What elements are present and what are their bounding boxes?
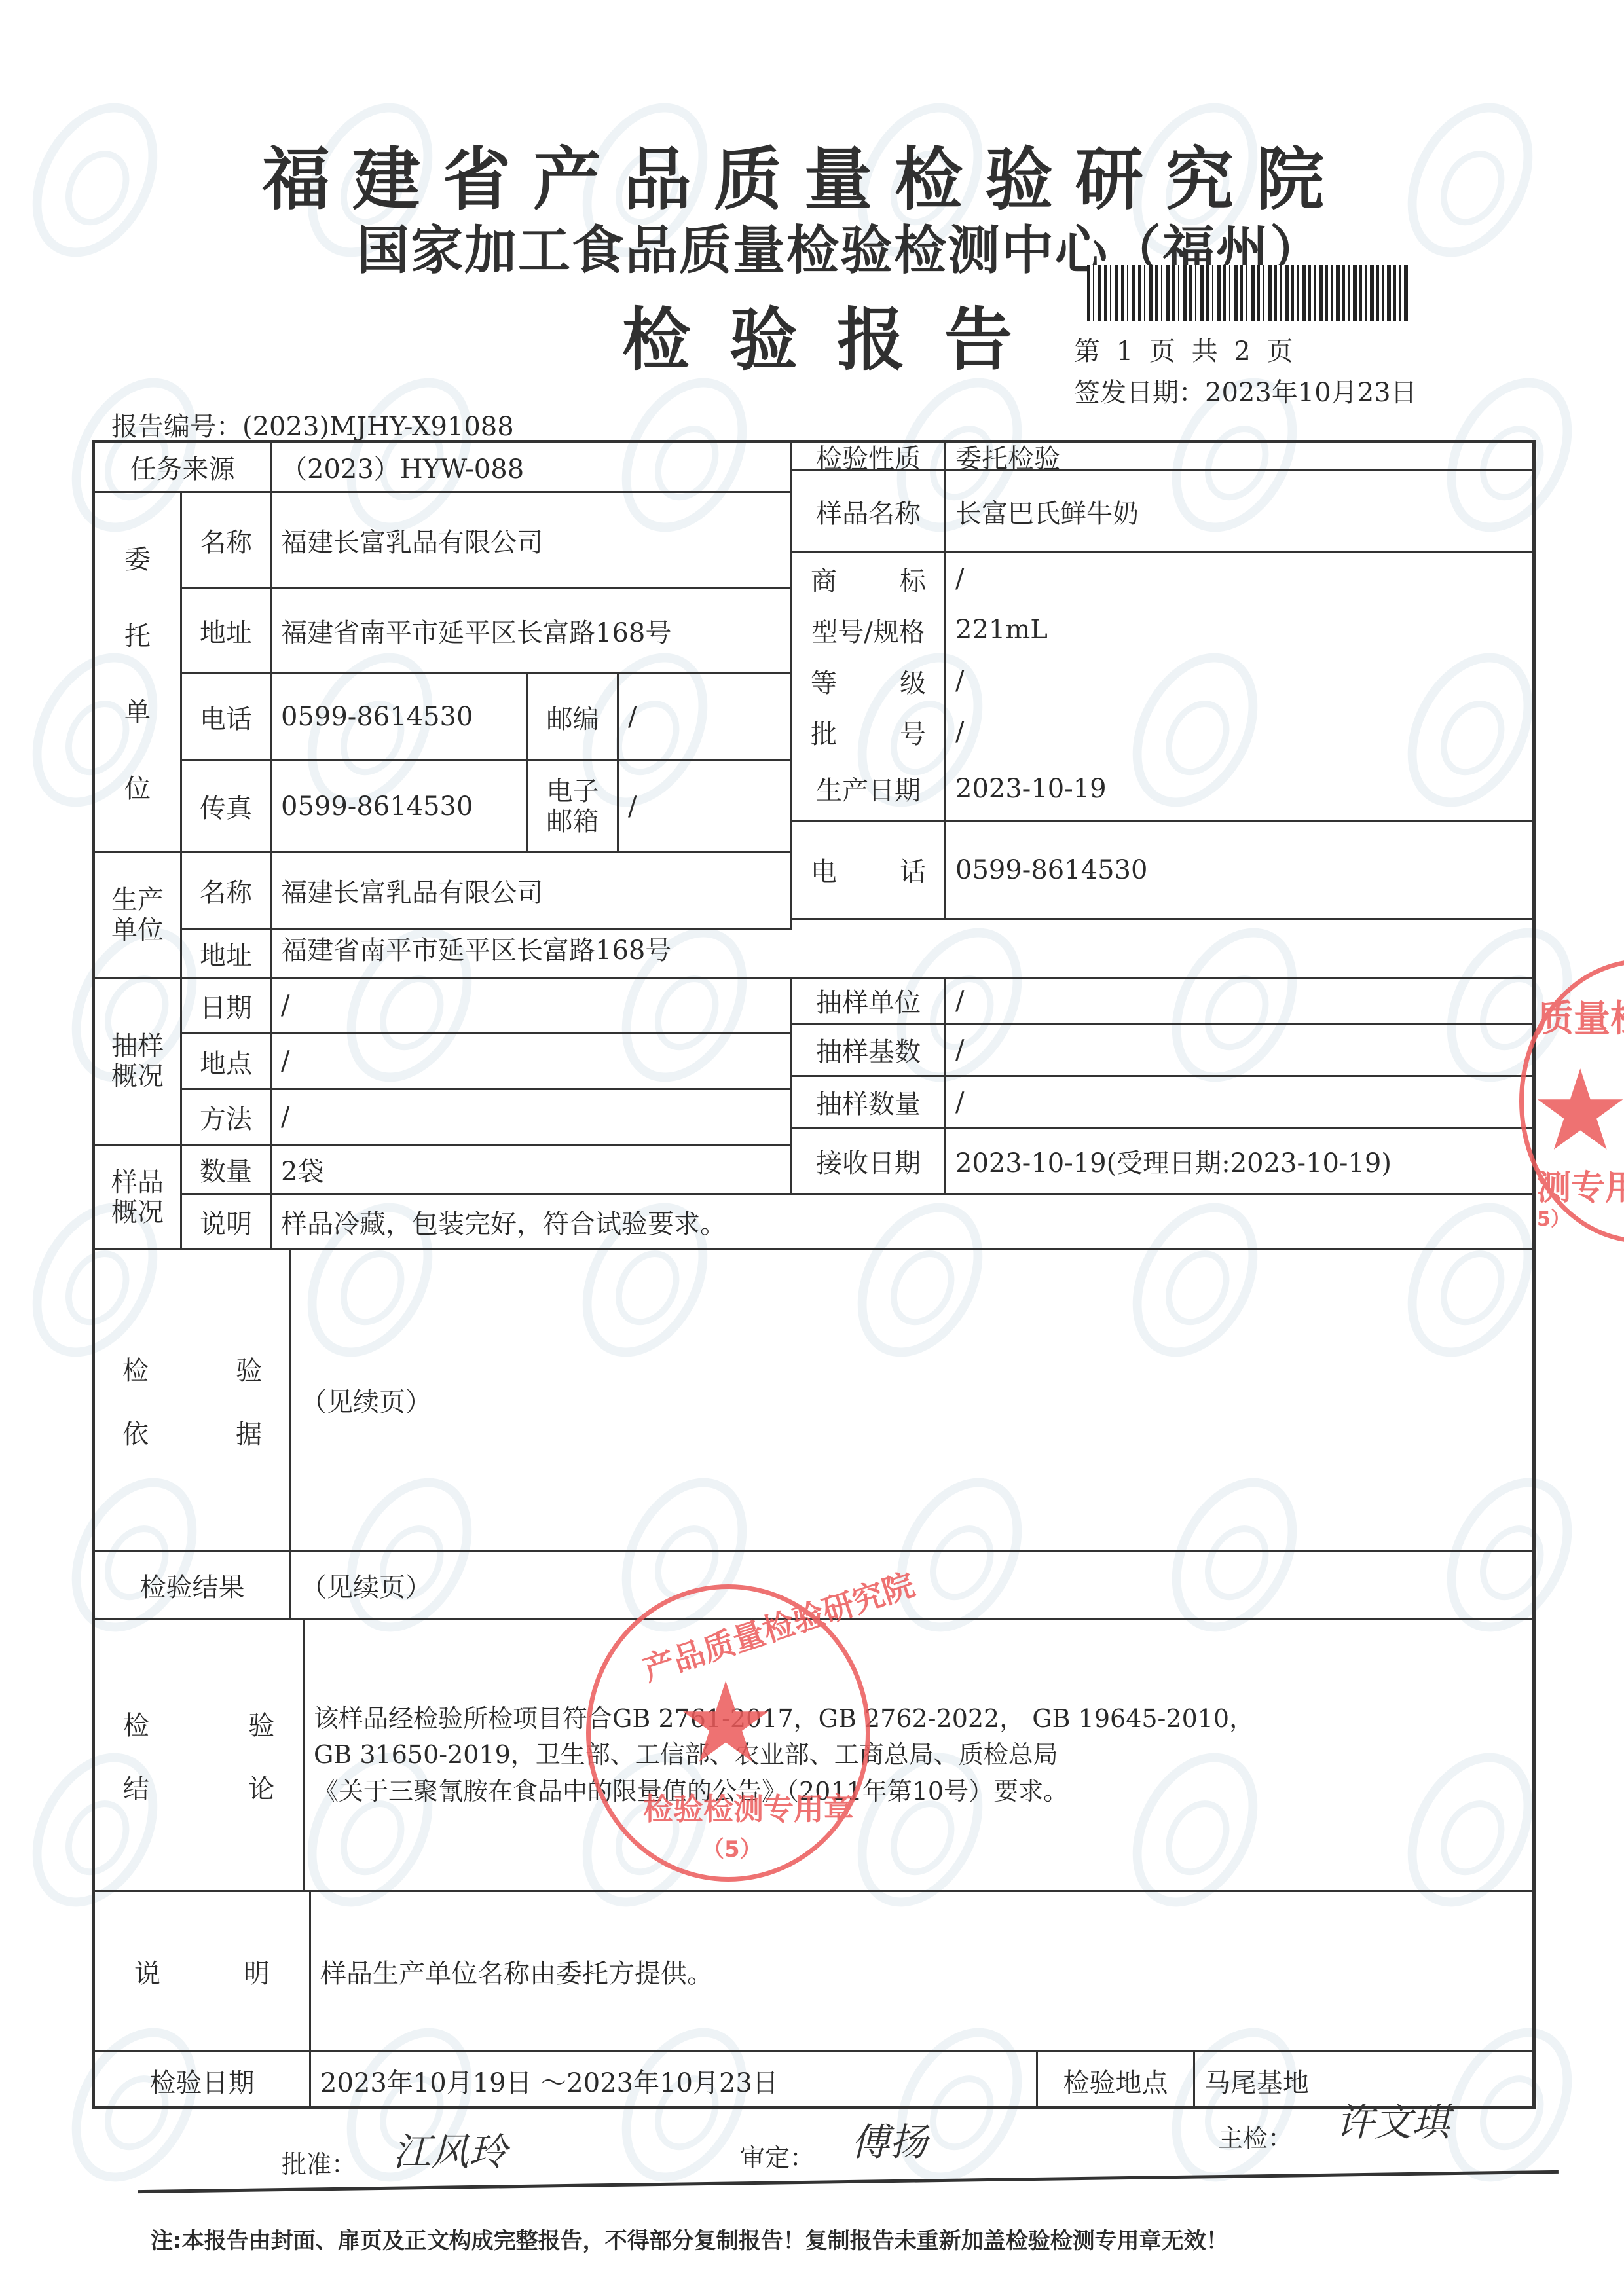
grade-label: 等级	[792, 655, 946, 706]
sample-note-value: 样品冷藏，包装完好，符合试验要求。	[272, 1195, 1536, 1250]
sampling-place-value: /	[272, 1034, 792, 1090]
sampling-date-label: 日期	[182, 979, 272, 1034]
conclusion-char: 结	[123, 1768, 191, 1806]
client-fax-value: 0599-8614530	[272, 761, 528, 853]
barcode-icon	[1087, 265, 1408, 321]
watermark-logo-icon	[1382, 82, 1557, 279]
sample-name-value: 长富巴氏鲜牛奶	[946, 471, 1536, 553]
sample-quantity-label: 数量	[182, 1146, 272, 1195]
client-group-label: 委 托 单 位	[95, 493, 182, 853]
sample-name-label: 样品名称	[792, 471, 946, 553]
sample-quantity-value: 2袋	[272, 1146, 792, 1195]
remarks-label: 说明	[95, 1892, 311, 2052]
producer-phone-label: 电话	[792, 822, 946, 920]
basis-char: 检	[122, 1350, 185, 1387]
producer-address-label: 地址	[182, 930, 272, 979]
sampling-quantity-value: /	[946, 1077, 1536, 1129]
sample-note-label: 说明	[182, 1195, 272, 1250]
basis-char: 依	[122, 1413, 185, 1451]
batch-value: /	[946, 706, 1536, 757]
sample-overview-group-label: 样品 概况	[95, 1146, 182, 1250]
remarks-value: 样品生产单位名称由委托方提供。	[311, 1892, 1536, 2052]
client-char: 位	[124, 768, 151, 805]
sampling-base-value: /	[946, 1025, 1536, 1077]
page-info: 第 1 页 共 2 页	[1074, 331, 1297, 368]
spec-value: 221mL	[946, 604, 1536, 655]
sampling-unit-value: /	[946, 979, 1536, 1025]
client-postcode-value: /	[619, 674, 792, 761]
inspection-type-value: 委托检验	[946, 443, 1536, 471]
document-title: 检验报告	[622, 285, 1052, 383]
client-char: 托	[124, 615, 151, 653]
producer-phone-value: 0599-8614530	[946, 822, 1536, 920]
inspector-label: 主检：	[1218, 2118, 1293, 2154]
basis-char: 据	[200, 1413, 262, 1451]
basis-value: （见续页）	[291, 1250, 1536, 1552]
client-phone-value: 0599-8614530	[272, 674, 528, 761]
batch-label: 批号	[792, 706, 946, 757]
edge-seal-number: 5）	[1537, 1203, 1570, 1231]
client-char: 单	[124, 691, 151, 729]
overview-label-line: 概况	[111, 1197, 164, 1228]
client-address-label: 地址	[182, 589, 272, 674]
sampling-label-line: 概况	[111, 1061, 164, 1091]
review-label: 审定：	[740, 2138, 815, 2174]
client-email-label: 电子 邮箱	[528, 761, 619, 853]
producer-label-line: 单位	[111, 915, 164, 945]
report-number-label: 报告编号：	[111, 412, 242, 442]
seal-number: （5）	[702, 1831, 762, 1863]
email-label-line: 邮箱	[547, 807, 599, 837]
client-address-value: 福建省南平市延平区长富路168号	[272, 589, 792, 674]
sampling-unit-label: 抽样单位	[792, 979, 946, 1025]
batch-char: 号	[900, 714, 926, 751]
production-date-label: 生产日期	[792, 757, 946, 822]
inspection-date-value: 2023年10月19日 ～2023年10月23日	[311, 2052, 1038, 2109]
grade-value: /	[946, 655, 1536, 706]
phone-char: 电	[811, 851, 837, 888]
sampling-place-label: 地点	[182, 1034, 272, 1090]
client-name-value: 福建长富乳品有限公司	[272, 493, 792, 589]
remarks-char: 明	[244, 1953, 270, 1990]
sampling-quantity-label: 抽样数量	[792, 1077, 946, 1129]
star-icon: ★	[676, 1667, 775, 1779]
client-email-value: /	[619, 761, 792, 853]
report-table: 任务来源 （2023）HYW-088 检验性质 委托检验 委 托 单 位 名称 …	[92, 440, 1536, 2109]
inspection-place-label: 检验地点	[1038, 2052, 1195, 2109]
result-label: 检验结果	[95, 1552, 291, 1620]
task-source-label: 任务来源	[95, 443, 272, 493]
footer-note: 注:本报告由封面、扉页及正文构成完整报告，不得部分复制报告！复制报告未重新加盖检…	[151, 2223, 1228, 2255]
basis-label: 检 验 依 据	[95, 1250, 291, 1552]
conclusion-char: 论	[207, 1768, 274, 1806]
client-char: 委	[124, 539, 151, 576]
spec-label: 型号/规格	[792, 604, 946, 655]
sampling-group-label: 抽样 概况	[95, 979, 182, 1146]
edge-seal-top-text: 质量检	[1537, 990, 1624, 1042]
issue-date-label: 签发日期：	[1074, 378, 1205, 408]
client-postcode-label: 邮编	[528, 674, 619, 761]
task-source-value: （2023）HYW-088	[272, 443, 792, 493]
receive-date-value: 2023-10-19(受理日期:2023-10-19)	[946, 1129, 1536, 1195]
issue-date: 签发日期：2023年10月23日	[1074, 372, 1417, 409]
production-date-value: 2023-10-19	[946, 757, 1536, 822]
review-signature: 傅扬	[851, 2111, 927, 2166]
overview-label-line: 样品	[111, 1167, 164, 1197]
star-icon: ★	[1530, 1055, 1624, 1167]
inspection-type-label: 检验性质	[792, 443, 946, 471]
issue-date-value: 2023年10月23日	[1205, 378, 1417, 408]
conclusion-char: 验	[207, 1705, 274, 1742]
conclusion-label: 检 验 结 论	[95, 1620, 304, 1892]
grade-char: 级	[900, 663, 926, 700]
sampling-method-label: 方法	[182, 1090, 272, 1146]
conclusion-value: 该样品经检验所检项目符合GB 2761-2017，GB 2762-2022， G…	[304, 1620, 1536, 1892]
producer-group-label: 生产 单位	[95, 853, 182, 979]
inspection-date-label: 检验日期	[95, 2052, 311, 2109]
remarks-char: 说	[134, 1953, 160, 1990]
producer-label-line: 生产	[111, 885, 164, 915]
report-number: 报告编号：(2023)MJHY-X91088	[111, 406, 514, 443]
basis-char: 验	[200, 1350, 262, 1387]
edge-seal-bottom-text: 测专用	[1537, 1160, 1624, 1209]
approve-label: 批准：	[282, 2144, 356, 2180]
client-name-label: 名称	[182, 493, 272, 589]
trademark-label: 商标	[792, 553, 946, 604]
producer-name-value: 福建长富乳品有限公司	[272, 853, 792, 930]
grade-char: 等	[811, 663, 837, 700]
client-phone-label: 电话	[182, 674, 272, 761]
phone-char: 话	[900, 851, 926, 888]
watermark-logo-icon	[7, 82, 182, 279]
receive-date-label: 接收日期	[792, 1129, 946, 1195]
sampling-method-value: /	[272, 1090, 792, 1146]
trademark-char: 商	[811, 560, 837, 598]
approve-signature: 江风玲	[393, 2121, 507, 2176]
report-number-value: (2023)MJHY-X91088	[242, 412, 514, 442]
trademark-char: 标	[900, 560, 926, 598]
producer-name-label: 名称	[182, 853, 272, 930]
batch-char: 批	[811, 714, 837, 751]
inspector-signature: 许文琪	[1336, 2092, 1450, 2147]
sampling-date-value: /	[272, 979, 792, 1034]
sampling-base-label: 抽样基数	[792, 1025, 946, 1077]
trademark-value: /	[946, 553, 1536, 604]
seal-bottom-text: 检验检测专用章	[643, 1785, 854, 1829]
inspection-seal: 产品质量检验研究院 ★ 检验检测专用章 （5）	[586, 1584, 870, 1882]
email-label-line: 电子	[547, 776, 599, 807]
sampling-label-line: 抽样	[111, 1031, 164, 1061]
client-fax-label: 传真	[182, 761, 272, 853]
producer-address-value: 福建省南平市延平区长富路168号	[272, 920, 1536, 979]
conclusion-char: 检	[123, 1705, 191, 1742]
